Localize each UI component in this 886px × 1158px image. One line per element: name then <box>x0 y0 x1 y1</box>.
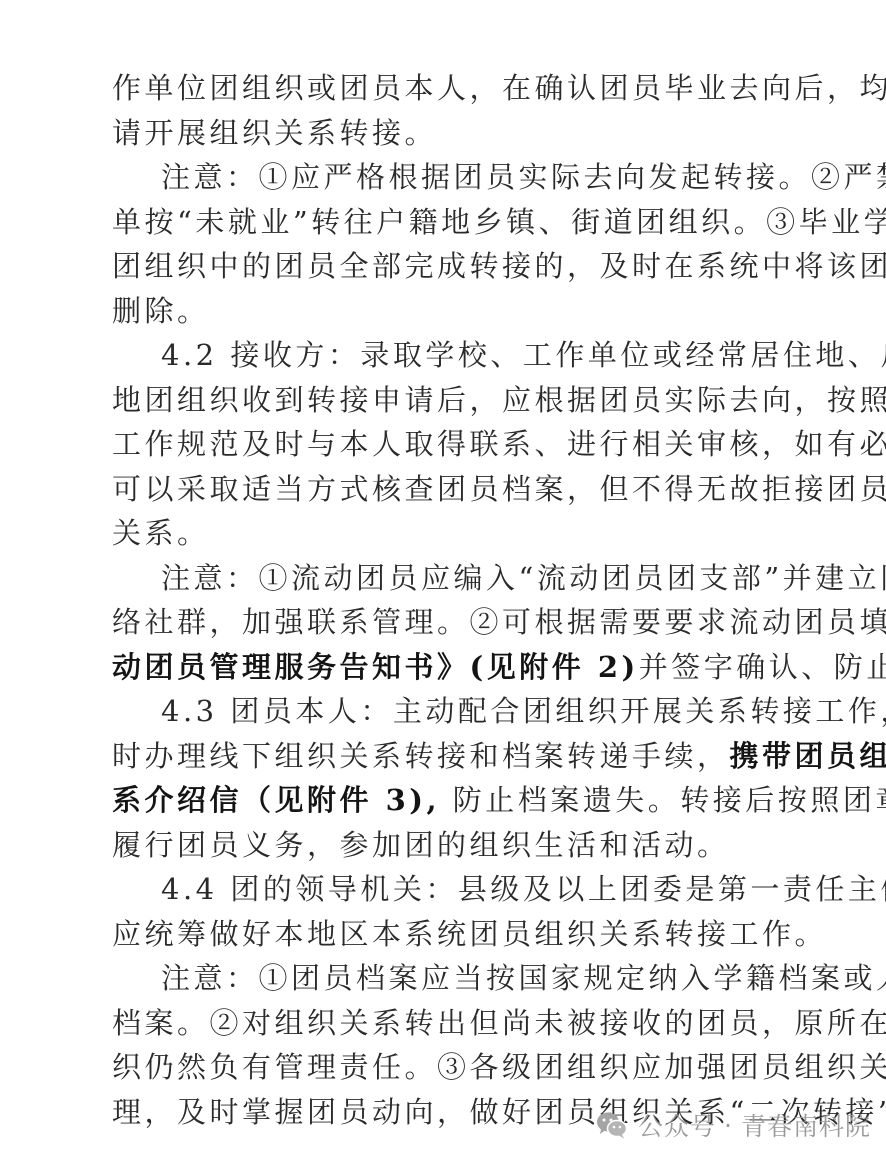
text-segment: 履行团员义务，参加团的组织生活和活动。 <box>112 828 730 862</box>
watermark-account: 青春南科院 <box>741 1107 871 1143</box>
text-line: 删除。 <box>112 289 772 334</box>
text-segment: 注意：①流动团员应编入“流动团员团支部”并建立网 <box>161 561 886 595</box>
paragraph-p-note-1: 注意：①应严格根据团员实际去向发起转接。②严禁简单按“未就业”转往户籍地乡镇、街… <box>112 155 772 333</box>
text-segment: 团组织中的团员全部完成转接的，及时在系统中将该团组织 <box>112 249 886 283</box>
text-segment: 工作规范及时与本人取得联系、进行相关审核，如有必要， <box>112 427 886 461</box>
text-line: 可以采取适当方式核查团员档案，但不得无故拒接团员组织 <box>112 467 772 512</box>
text-line: 履行团员义务，参加团的组织生活和活动。 <box>112 823 772 868</box>
text-line: 动团员管理服务告知书》(见附件 2)并签字确认、防止失联。 <box>112 645 772 690</box>
document-body: 作单位团组织或团员本人，在确认团员毕业去向后，均可申请开展组织关系转接。注意：①… <box>112 66 772 1134</box>
text-segment: 织仍然负有管理责任。③各级团组织应加强团员组织关系管 <box>112 1050 886 1084</box>
text-line: 注意：①团员档案应当按国家规定纳入学籍档案或人事 <box>112 956 772 1001</box>
text-line: 作单位团组织或团员本人，在确认团员毕业去向后，均可申 <box>112 66 772 111</box>
text-segment: 应统筹做好本地区本系统团员组织关系转接工作。 <box>112 917 827 951</box>
bold-text-segment: 系介绍信（见附件 3), <box>112 783 440 817</box>
text-segment: 时办理线下组织关系转接和档案转递手续， <box>112 739 730 773</box>
text-segment: 4.4 团的领导机关：县级及以上团委是第一责任主体， <box>161 872 886 906</box>
text-segment: 关系。 <box>112 516 210 550</box>
text-segment: 作单位团组织或团员本人，在确认团员毕业去向后，均可申 <box>112 71 886 105</box>
text-line: 4.4 团的领导机关：县级及以上团委是第一责任主体， <box>112 867 772 912</box>
text-segment: 并签字确认、防止失联。 <box>639 650 886 684</box>
text-line: 4.2 接收方：录取学校、工作单位或经常居住地、户籍 <box>112 333 772 378</box>
text-line: 时办理线下组织关系转接和档案转递手续，携带团员组织关 <box>112 734 772 779</box>
text-line: 单按“未就业”转往户籍地乡镇、街道团组织。③毕业学生 <box>112 200 772 245</box>
paragraph-p-4-4: 4.4 团的领导机关：县级及以上团委是第一责任主体，应统筹做好本地区本系统团员组… <box>112 867 772 956</box>
paragraph-p-note-2: 注意：①流动团员应编入“流动团员团支部”并建立网络社群，加强联系管理。②可根据需… <box>112 556 772 690</box>
watermark-separator: · <box>724 1111 733 1140</box>
text-segment: 防止档案遗失。转接后按照团章规定 <box>440 783 886 817</box>
text-segment: 络社群，加强联系管理。②可根据需要要求流动团员填写 <box>112 605 886 639</box>
text-line: 关系。 <box>112 511 772 556</box>
text-segment: 地团组织收到转接申请后，应根据团员实际去向，按照转接 <box>112 383 886 417</box>
text-segment: 注意：①应严格根据团员实际去向发起转接。②严禁简 <box>161 160 886 194</box>
bold-text-segment: 携带团员组织关 <box>730 739 886 773</box>
watermark: 公众号 · 青春南科院 <box>596 1107 871 1143</box>
text-line: 系介绍信（见附件 3), 防止档案遗失。转接后按照团章规定 <box>112 778 772 823</box>
paragraph-p-4-3: 4.3 团员本人：主动配合团组织开展关系转接工作，及时办理线下组织关系转接和档案… <box>112 689 772 867</box>
text-segment: 档案。②对组织关系转出但尚未被接收的团员，原所在团组 <box>112 1006 886 1040</box>
paragraph-p-graduation-continue: 作单位团组织或团员本人，在确认团员毕业去向后，均可申请开展组织关系转接。 <box>112 66 772 155</box>
text-segment: 可以采取适当方式核查团员档案，但不得无故拒接团员组织 <box>112 472 886 506</box>
text-segment: 删除。 <box>112 294 210 328</box>
text-segment: 4.2 接收方：录取学校、工作单位或经常居住地、户籍 <box>161 338 886 372</box>
text-line: 请开展组织关系转接。 <box>112 111 772 156</box>
text-segment: 请开展组织关系转接。 <box>112 116 437 150</box>
text-segment: 注意：①团员档案应当按国家规定纳入学籍档案或人事 <box>161 961 886 995</box>
text-line: 注意：①流动团员应编入“流动团员团支部”并建立网 <box>112 556 772 601</box>
paragraph-p-4-2: 4.2 接收方：录取学校、工作单位或经常居住地、户籍地团组织收到转接申请后，应根… <box>112 333 772 556</box>
text-segment: 单按“未就业”转往户籍地乡镇、街道团组织。③毕业学生 <box>112 205 886 239</box>
text-line: 团组织中的团员全部完成转接的，及时在系统中将该团组织 <box>112 244 772 289</box>
document-page: 作单位团组织或团员本人，在确认团员毕业去向后，均可申请开展组织关系转接。注意：①… <box>0 0 886 1158</box>
text-segment: 4.3 团员本人：主动配合团组织开展关系转接工作，及 <box>161 694 886 728</box>
text-line: 工作规范及时与本人取得联系、进行相关审核，如有必要， <box>112 422 772 467</box>
watermark-label: 公众号 <box>638 1107 716 1143</box>
text-line: 应统筹做好本地区本系统团员组织关系转接工作。 <box>112 912 772 957</box>
text-line: 档案。②对组织关系转出但尚未被接收的团员，原所在团组 <box>112 1001 772 1046</box>
text-line: 4.3 团员本人：主动配合团组织开展关系转接工作，及 <box>112 689 772 734</box>
text-line: 织仍然负有管理责任。③各级团组织应加强团员组织关系管 <box>112 1045 772 1090</box>
bold-text-segment: 动团员管理服务告知书》(见附件 2) <box>112 650 639 684</box>
text-line: 注意：①应严格根据团员实际去向发起转接。②严禁简 <box>112 155 772 200</box>
text-line: 地团组织收到转接申请后，应根据团员实际去向，按照转接 <box>112 378 772 423</box>
wechat-icon <box>596 1111 628 1139</box>
text-line: 络社群，加强联系管理。②可根据需要要求流动团员填写《流 <box>112 600 772 645</box>
